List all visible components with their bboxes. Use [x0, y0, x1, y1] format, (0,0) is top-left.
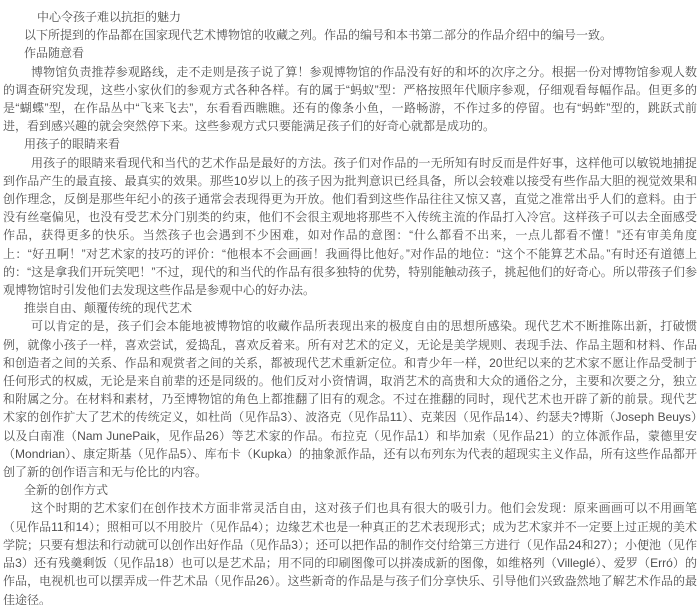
intro-fragment-line: 中心令孩子难以抗拒的魅力 [3, 8, 697, 26]
collection-note-line: 以下所提到的作品都在国家现代艺术博物馆的收藏之列。作品的编号和本书第二部分的作品… [3, 26, 697, 44]
section-heading-childs-eyes: 用孩子的眼睛来看 [3, 135, 697, 153]
section-paragraph-new-creation-methods: 这个时期的艺术家们在创作技术方面非常灵活自由，这对孩子们也具有很大的吸引力。他们… [3, 499, 697, 605]
section-paragraph-browse-freely: 博物馆负责推荐参观路线，走不走则是孩子说了算！参观博物馆的作品没有好的和坏的次序… [3, 63, 697, 136]
section-paragraph-childs-eyes: 用孩子的眼睛来看现代和当代的艺术作品是最好的方法。孩子们对作品的一无所知有时反而… [3, 154, 697, 300]
section-heading-new-creation-methods: 全新的创作方式 [3, 481, 697, 499]
section-heading-browse-freely: 作品随意看 [3, 44, 697, 62]
section-paragraph-modern-art-freedom: 可以肯定的是，孩子们会本能地被博物馆的收藏作品所表现出来的极度自由的思想所感染。… [3, 317, 697, 481]
section-heading-modern-art-freedom: 推崇自由、颠覆传统的现代艺术 [3, 299, 697, 317]
document-page: 中心令孩子难以抗拒的魅力 以下所提到的作品都在国家现代艺术博物馆的收藏之列。作品… [0, 0, 700, 605]
